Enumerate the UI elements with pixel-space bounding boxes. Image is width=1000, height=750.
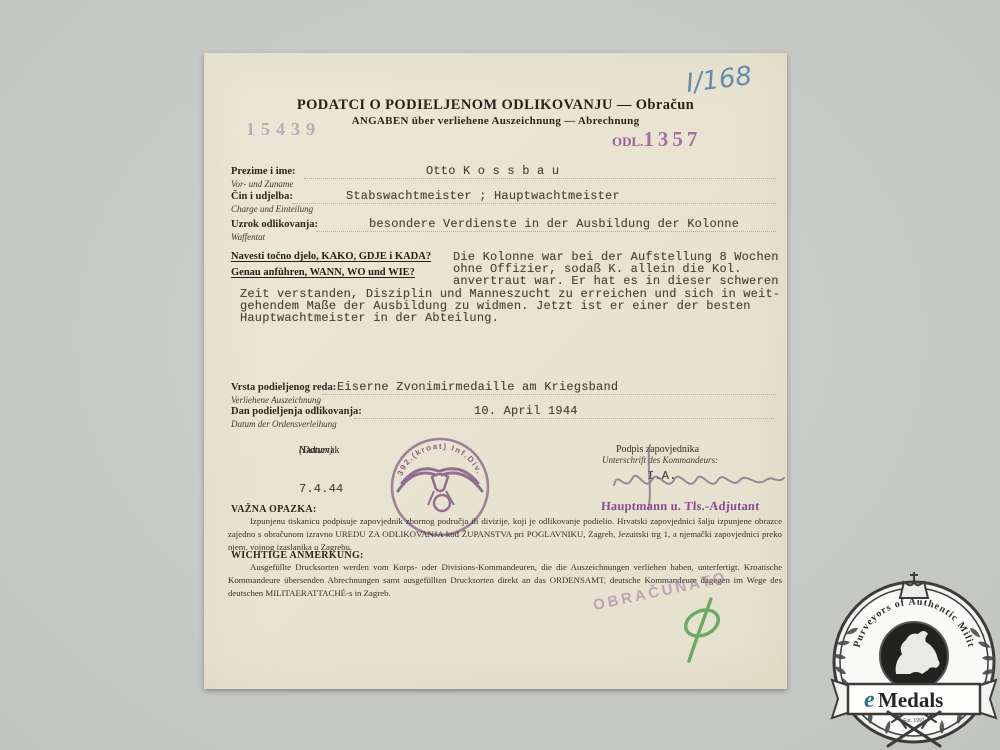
field-value-award-date: 10. April 1944 — [474, 404, 578, 418]
field-value-award: Eiserne Zvonimirmedaille am Kriegsband — [337, 380, 618, 394]
adjutant-name-stamp: Hauptmann u. Tls.-Adjutant — [601, 499, 760, 514]
green-pencil-mark — [672, 593, 736, 667]
note-text-hr: Izpunjenu tiskanicu podpisuje zapovjedni… — [228, 515, 782, 554]
typed-line: Hauptwachtmeister in der Abteilung. — [240, 311, 499, 325]
field-value-rank: Stabswachtmeister ; Hauptwachtmeister — [346, 189, 620, 203]
field-value-reason: besondere Verdienste in der Ausbildung d… — [369, 217, 739, 231]
brand-name-rest: Medals — [878, 688, 943, 712]
serial-number-stamp: 15439 — [246, 119, 321, 140]
odl-stamp-number: 1357 — [643, 127, 701, 151]
date-value: 7.4.44 — [299, 482, 343, 496]
question-label-hr: Navesti točno djelo, KAKO, GDJE i KADA? — [231, 251, 431, 262]
question-label-de: Genau anführen, WANN, WO und WIE? — [231, 267, 415, 278]
award-record-document: PODATCI O PODIELJENOM ODLIKOVANJU — Obra… — [204, 53, 787, 689]
field-sublabel-award: Verliehene Auszeichnung — [231, 395, 321, 405]
field-label-name: Prezime i ime: — [231, 166, 296, 177]
dotted-leader — [354, 418, 774, 419]
odl-stamp-label: ODL. — [612, 134, 643, 149]
field-label-rank: Čin i udjelba: — [231, 191, 293, 202]
brand-banner: e Medals — [832, 680, 996, 718]
field-sublabel-reason: Waffentat — [231, 232, 265, 242]
note-heading-hr: VAŽNA OPAZKA: — [231, 504, 316, 515]
brand-letter-e: e — [864, 687, 875, 713]
note-heading-de: WICHTIGE ANMERKUNG: — [231, 550, 364, 561]
field-sublabel-award-date: Datum der Ordensverleihung — [231, 419, 337, 429]
field-sublabel-name: Vor- und Zuname — [231, 179, 293, 189]
typed-line: anvertraut war. Er hat es in dieser schw… — [453, 274, 779, 288]
handwritten-file-reference: I/168 — [684, 61, 753, 99]
odl-number-stamp: ODL.1357 — [612, 127, 701, 152]
dotted-leader — [316, 231, 776, 232]
field-label-reason: Uzrok odlikovanja: — [231, 219, 318, 230]
dotted-leader — [292, 203, 776, 204]
document-title: PODATCI O PODIELJENOM ODLIKOVANJU — Obra… — [204, 97, 787, 114]
crown-icon — [900, 572, 928, 598]
dotted-leader — [304, 178, 776, 179]
date-label-de: (Datum) — [299, 445, 333, 456]
dotted-leader — [322, 394, 776, 395]
emedals-watermark-logo: Purveyors of Authentic Militaria e Medal… — [826, 570, 1000, 750]
field-label-award-date: Dan podieljenja odlikovanja: — [231, 406, 362, 417]
field-sublabel-rank: Charge und Einteilung — [231, 204, 313, 214]
field-value-name: Otto K o s s b a u — [426, 164, 559, 178]
field-label-award: Vrsta podieljenog reda: — [231, 382, 336, 393]
photo-of-document: { "colors": { "background_gray": "#c8cac… — [0, 0, 1000, 750]
